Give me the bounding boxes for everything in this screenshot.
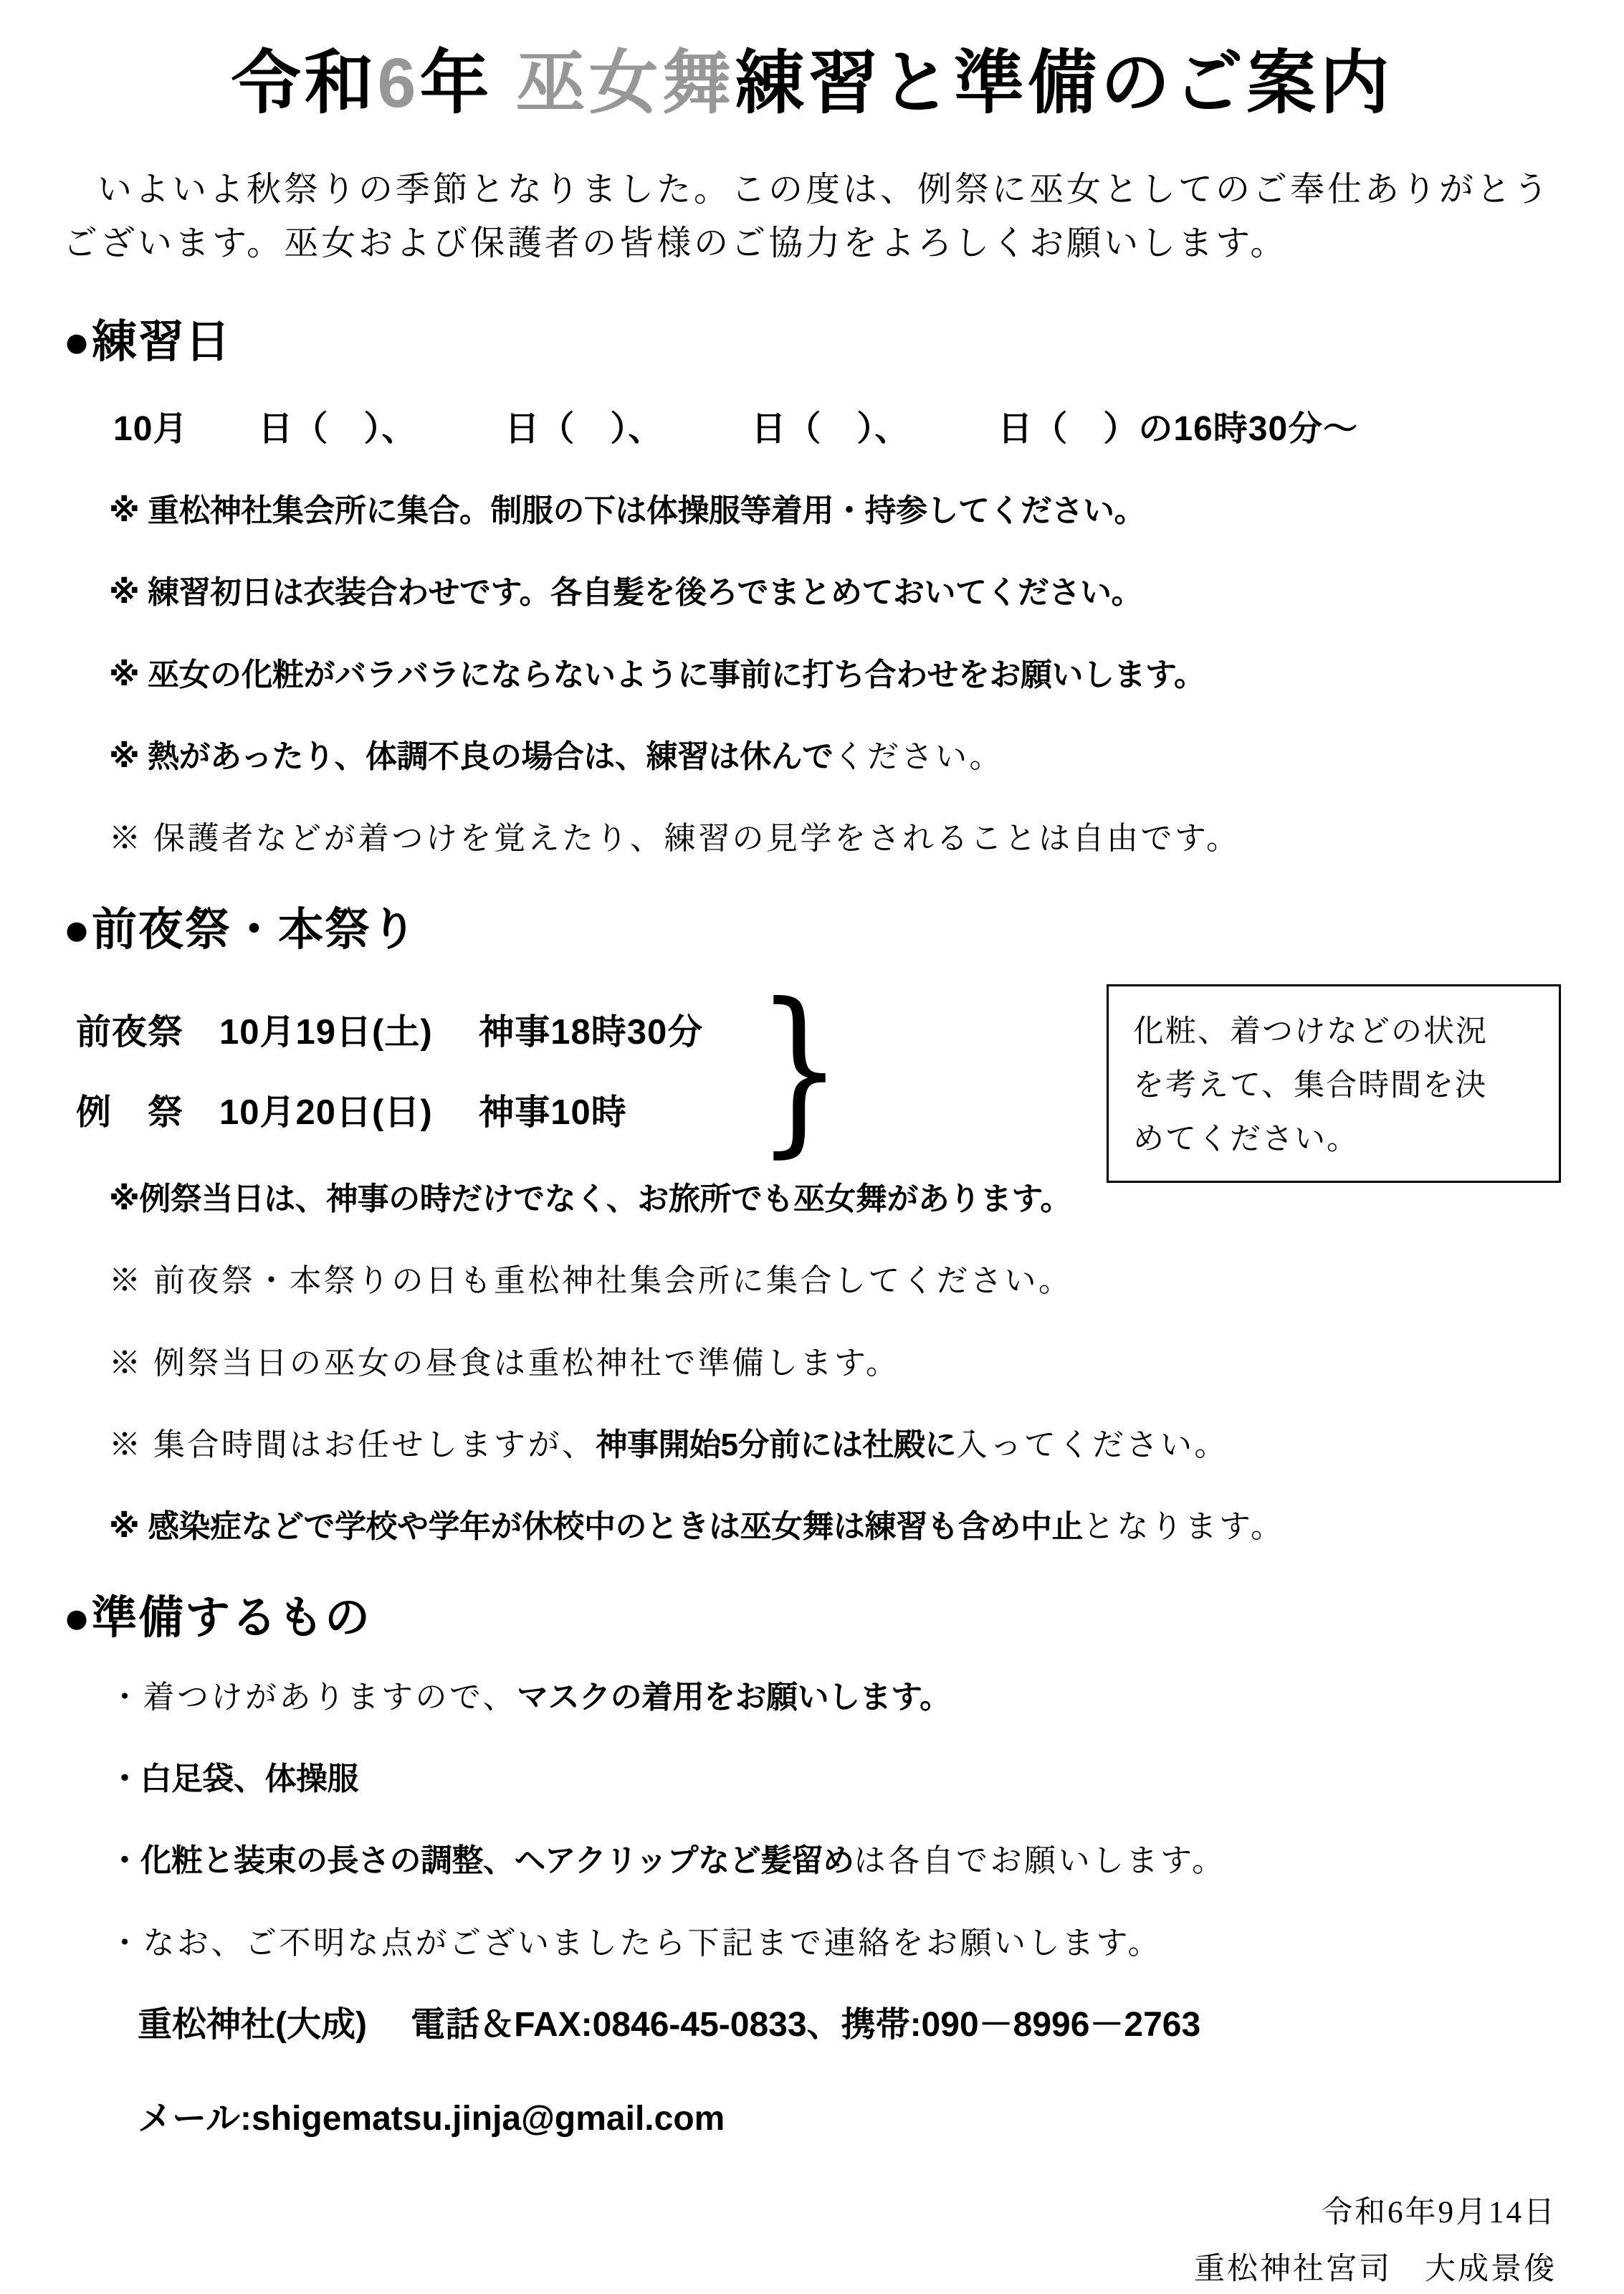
practice-note-item: ※ 保護者などが着つけを覚えたり、練習の見学をされることは自由です。 (109, 818, 1561, 859)
text-run: ※ 巫女の化粧がバラバラにならないように事前に打ち合わせをお願いします。 (109, 657, 1205, 693)
contact-block: 重松神社(大成) 電話＆FAX:0846-45-0833、携帯:090－8996… (138, 1996, 1561, 2140)
text-run: 神事開始5分前には社殿に (596, 1427, 956, 1462)
note-box-line: 化粧、着つけなどの状況 (1133, 1005, 1534, 1059)
practice-note-item: ※ 練習初日は衣装合わせです。各自髪を後ろでまとめておいてください。 (109, 572, 1561, 613)
intro-paragraph: いよいよ秋祭りの季節となりました。この度は、例祭に巫女としてのご奉仕ありがとうご… (63, 163, 1561, 272)
meeting-time-note-box: 化粧、着つけなどの状況 を考えて、集合時間を決 めてください。 (1107, 984, 1561, 1182)
festival-body: 化粧、着つけなどの状況 を考えて、集合時間を決 めてください。 前夜祭 10月1… (63, 989, 1561, 1547)
text-run: 令和 (231, 44, 378, 122)
footer-signature: 重松神社宮司 大成景俊 (63, 2241, 1557, 2294)
festival-note-item: ※ 前夜祭・本祭りの日も重松神社集会所に集合してください。 (109, 1260, 1561, 1301)
festival-schedule-lines: 前夜祭 10月19日(土) 神事18時30分 例 祭 10月20日(日) 神事1… (76, 1004, 703, 1135)
preparation-item: ・化粧と装束の長さの調整、ヘアクリップなど髪留めは各自でお願いします。 (109, 1840, 1561, 1881)
preparation-item: ・白足袋、体操服 (109, 1758, 1561, 1799)
practice-note-item: ※ 熱があったり、体調不良の場合は、練習は休んでください。 (109, 736, 1561, 777)
text-run: ※ 熱があったり、体調不良の場合は、練習は休んで (109, 739, 834, 774)
text-run: となります。 (1083, 1509, 1284, 1544)
festival-note-item: ※例祭当日は、神事の時だけでなく、お旅所でも巫女舞があります。 (109, 1179, 1561, 1219)
text-run: 年 (420, 44, 516, 122)
text-run: マスクの着用をお願いします。 (517, 1680, 950, 1715)
text-run: ※ 前夜祭・本祭りの日も重松神社集会所に集合してください。 (109, 1263, 1073, 1298)
text-run: ※ 集合時間はお任せしますが、 (109, 1427, 596, 1462)
preparation-item: ・着つけがありますので、マスクの着用をお願いします。 (109, 1677, 1561, 1718)
text-run: ※ 練習初日は衣装合わせです。各自髪を後ろでまとめておいてください。 (109, 575, 1142, 610)
text-run: ※ 例祭当日の巫女の昼食は重松神社で準備します。 (109, 1346, 899, 1381)
text-run: ・なお、ご不明な点がございましたら下記まで連絡をお願いします。 (109, 1926, 1162, 1961)
festival-note-item: ※ 例祭当日の巫女の昼食は重松神社で準備します。 (109, 1343, 1561, 1384)
note-box-line: を考えて、集合時間を決 (1133, 1059, 1534, 1113)
contact-phone-line: 重松神社(大成) 電話＆FAX:0846-45-0833、携帯:090－8996… (138, 1996, 1561, 2046)
text-run: 巫女舞 (515, 44, 735, 122)
note-box-line: めてください。 (1133, 1113, 1534, 1166)
footer-date: 令和6年9月14日 (63, 2184, 1557, 2242)
text-run: ・着つけがありますので、 (109, 1680, 517, 1715)
curly-brace-decoration: } (757, 989, 842, 1150)
text-run: ※ 感染症などで学校や学年が休校中のときは巫女舞は練習も含め中止 (109, 1509, 1083, 1544)
text-run: 6 (378, 44, 420, 122)
text-run: ※ 保護者などが着つけを覚えたり、練習の見学をされることは自由です。 (109, 821, 1240, 856)
text-run: ・化粧と装束の長さの調整、ヘアクリップなど髪留め (109, 1843, 854, 1878)
text-run: ※ 重松神社集会所に集合。制服の下は体操服等着用・持参してください。 (109, 493, 1145, 528)
section-practice-days: ●練習日 10月 日（ ）、 日（ ）、 日（ ）、 日（ ）の16時30分～ … (63, 305, 1561, 859)
main-festival-row: 例 祭 10月20日(日) 神事10時 (76, 1085, 703, 1135)
preparation-heading: ●準備するもの (63, 1581, 1561, 1647)
practice-note-item: ※ 重松神社集会所に集合。制服の下は体操服等着用・持参してください。 (109, 490, 1561, 531)
notice-page: 令和6年 巫女舞練習と準備のご案内 いよいよ秋祭りの季節となりました。この度は、… (0, 0, 1624, 2294)
text-run: ください。 (834, 739, 1004, 774)
text-run: ※例祭当日は、神事の時だけでなく、お旅所でも巫女舞があります。 (109, 1181, 1071, 1217)
section-festival: ●前夜祭・本祭り 化粧、着つけなどの状況 を考えて、集合時間を決 めてください。… (63, 893, 1561, 1547)
footer-block: 令和6年9月14日 重松神社宮司 大成景俊 (63, 2184, 1557, 2294)
section-preparation: ●準備するもの ・着つけがありますので、マスクの着用をお願いします。 ・白足袋、… (63, 1581, 1561, 1964)
page-title: 令和6年 巫女舞練習と準備のご案内 (63, 43, 1561, 123)
text-run: ・白足袋、体操服 (109, 1761, 358, 1796)
eve-festival-row: 前夜祭 10月19日(土) 神事18時30分 (76, 1004, 703, 1055)
festival-schedule: 前夜祭 10月19日(土) 神事18時30分 例 祭 10月20日(日) 神事1… (76, 989, 1082, 1150)
practice-days-heading: ●練習日 (63, 305, 1561, 371)
festival-note-item: ※ 感染症などで学校や学年が休校中のときは巫女舞は練習も含め中止となります。 (109, 1506, 1561, 1547)
festival-heading: ●前夜祭・本祭り (63, 893, 1561, 958)
contact-email-line: メール:shigematsu.jinja@gmail.com (138, 2090, 1561, 2140)
preparation-item: ・なお、ご不明な点がございましたら下記まで連絡をお願いします。 (109, 1923, 1561, 1964)
practice-dates-blanks: 10月 日（ ）、 日（ ）、 日（ ）、 日（ ）の16時30分～ (113, 401, 1561, 450)
practice-note-item: ※ 巫女の化粧がバラバラにならないように事前に打ち合わせをお願いします。 (109, 655, 1561, 695)
text-run: は各自でお願いします。 (854, 1843, 1226, 1878)
festival-note-item: ※ 集合時間はお任せしますが、神事開始5分前には社殿に入ってください。 (109, 1424, 1561, 1465)
text-run: 練習と準備のご案内 (735, 44, 1393, 122)
text-run: 入ってください。 (956, 1427, 1228, 1462)
